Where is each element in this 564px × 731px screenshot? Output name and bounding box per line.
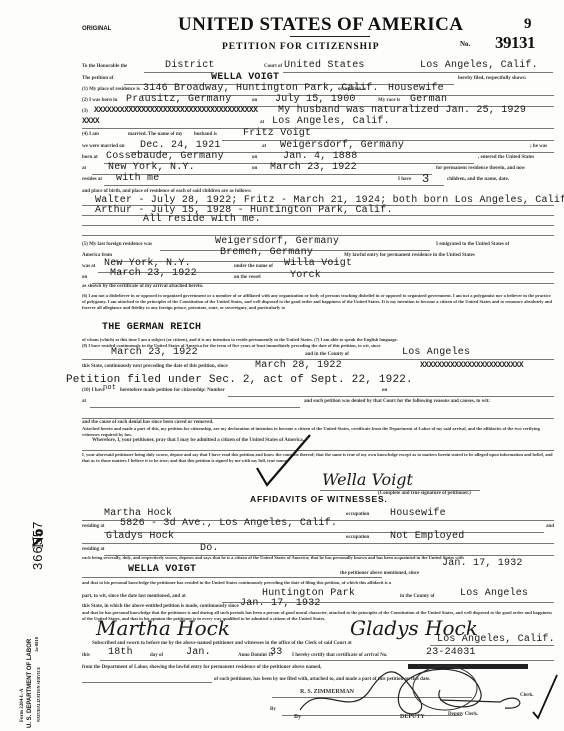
witness-2-residence: Do.: [200, 543, 219, 554]
petition-filed-note: Petition filed under Sec. 2, act of Sept…: [66, 374, 413, 386]
label: To the Honorable the: [82, 64, 127, 69]
label: Subscribed and sworn to before me by the…: [92, 641, 352, 646]
document-subtitle: PETITION FOR CITIZENSHIP: [222, 42, 380, 52]
label: occupation is: [338, 87, 366, 92]
affidavits-heading: AFFIDAVITS OF WITNESSES.: [250, 494, 388, 504]
witness-2-name: Gladys Hock: [106, 531, 174, 542]
label: Court of: [264, 64, 282, 69]
jurat-day: 18th: [108, 647, 133, 658]
original-label: ORIGINAL: [82, 26, 111, 32]
husband-residence: with me: [116, 173, 159, 184]
label: under the name of: [234, 264, 273, 269]
label: on: [382, 388, 387, 393]
witness-1-residence: 5826 - 3d Ave., Los Angeles, Calif.: [120, 518, 337, 529]
margin-edition: 1a-8818: [34, 637, 39, 652]
clerk-signature-icon: [290, 660, 540, 730]
margin-form-label: Form 2204-L-A: [20, 689, 25, 722]
label: hereby filed, respectfully shows:: [458, 76, 526, 81]
label: I hereby certify that certificate of arr…: [292, 653, 387, 658]
label: this State, continuously next preceding …: [82, 364, 228, 369]
court-name: United States: [284, 60, 365, 71]
label: at: [260, 120, 264, 125]
margin-department: U. S. DEPARTMENT OF LABOR: [27, 639, 33, 728]
witness-1-signature: Martha Hock: [96, 616, 230, 640]
struck-prefix: XXXX: [82, 117, 99, 126]
label: husband is: [194, 132, 217, 137]
checkmark-icon: [255, 430, 315, 490]
label: My race is: [378, 98, 400, 103]
husband-birthplace: Cossebaude, Germany: [106, 151, 224, 162]
affidavit-state-since: Jan. 17, 1932: [240, 598, 321, 609]
label: (4) I am: [82, 132, 99, 137]
label: at: [82, 166, 86, 171]
label: at: [82, 399, 86, 404]
label: (5) My last foreign residence was: [82, 242, 152, 247]
label: this State, in which the above-entitled …: [82, 604, 239, 609]
label: My lawful entry for permanent residence …: [344, 253, 475, 258]
county: Los Angeles: [402, 347, 470, 358]
label: day of: [150, 653, 163, 658]
petitioner-name: WELLA VOIGT: [211, 72, 279, 83]
petition-number: 39131: [495, 33, 535, 53]
label: , entered the United States: [478, 155, 534, 160]
known-since: Jan. 17, 1932: [442, 558, 523, 569]
label: and: [546, 524, 554, 529]
label: born at: [82, 155, 98, 160]
label: in the County of: [400, 594, 435, 599]
marriage-date: Dec. 24, 1921: [140, 140, 221, 151]
previous-petition: not: [103, 384, 116, 392]
margin-service: NATURALIZATION SERVICE: [36, 667, 41, 722]
label: and such petition was denied by that Cou…: [304, 399, 490, 404]
petitioner-signature: Wella Voigt: [322, 470, 413, 489]
birthplace: Prausitz, Germany: [126, 94, 231, 105]
state-since: March 28, 1922: [255, 360, 342, 371]
label: (1) My place of residence is: [82, 87, 140, 92]
label: occupation: [346, 512, 369, 517]
oath-paragraph: I, your aforesaid petitioner being duly …: [82, 452, 554, 464]
children-line-3: All reside with me.: [143, 214, 261, 225]
occupation: Housewife: [388, 83, 444, 94]
label: from the Department of Labor, showing th…: [82, 665, 321, 670]
birth-date: July 15, 1900: [275, 94, 356, 105]
number-label: No.: [460, 40, 470, 48]
label: children, and the name, date,: [447, 177, 509, 182]
label: ; he was: [530, 144, 547, 149]
label: occupation: [346, 535, 369, 540]
allegiance-paragraph: (6) I am not a disbeliever in or opposed…: [82, 293, 554, 311]
husband-name: Fritz Voigt: [243, 128, 311, 139]
label: at: [262, 144, 266, 149]
label: and the cause of such denial has since b…: [82, 420, 213, 425]
naturalized-at: Los Angeles, Calif.: [272, 116, 390, 127]
label: residing at: [82, 524, 105, 529]
last-foreign-residence: Weigersdorf, Germany: [215, 236, 339, 247]
label: we were married on: [82, 144, 125, 149]
page-number: 9: [524, 16, 532, 33]
knowledge-paragraph: and that to his personal knowledge the p…: [82, 580, 554, 586]
label: and in the County of: [305, 352, 349, 357]
margin-no-label: No: [30, 528, 48, 548]
label: I emigrated to the United States of: [436, 242, 509, 247]
court-type: District: [165, 60, 215, 71]
children-count: 3: [422, 172, 429, 186]
label: on: [252, 166, 257, 171]
title-underline: [290, 36, 370, 37]
label: for permanent residence therein, and now: [436, 166, 525, 171]
struck-text: XXXXXXXXXXXXXXXXXXXXXXXX: [420, 361, 523, 370]
struck-declaration: XXXXXXXXXXXXXXXXXXXXXXXXXXXXXXXXXXXXXX: [94, 106, 257, 115]
label: married. The name of my: [128, 132, 182, 137]
husband-entry-port: New York, N.Y.: [108, 162, 195, 173]
label: the petitioner above mentioned, since: [340, 571, 419, 576]
witness-1-occupation: Housewife: [390, 508, 446, 519]
label: part, to wit, since the date last mentio…: [82, 594, 186, 599]
label: (3): [82, 109, 88, 114]
attached-paragraph: Attached hereto and made a part of this,…: [82, 426, 554, 438]
jurat-year: 33: [270, 647, 282, 658]
entry-name: Willa Voigt: [284, 258, 352, 269]
label: I have: [398, 177, 411, 182]
affidavit-county: Los Angeles: [460, 588, 528, 599]
label: resides at: [82, 177, 102, 182]
label: The petition of: [82, 76, 113, 81]
label: By: [270, 707, 276, 712]
document-title: UNITED STATES OF AMERICA: [178, 14, 463, 36]
label: on: [252, 98, 257, 103]
husband-birth-date: Jan. 4, 1888: [283, 151, 357, 162]
sovereign: THE GERMAN REICH: [102, 322, 201, 333]
petition-document: ORIGINAL UNITED STATES OF AMERICA PETITI…: [0, 0, 564, 731]
witness-2-occupation: Not Employed: [390, 531, 464, 542]
marriage-place: Weigersdorf, Germany: [280, 140, 404, 151]
naturalization-note: My husband was naturalized Jan. 25, 1929: [278, 105, 526, 116]
checkmark-icon: [530, 670, 560, 720]
label: Anno Domini 19: [238, 653, 273, 658]
entry-date: March 23, 1922: [110, 268, 197, 279]
label: on: [252, 155, 257, 160]
husband-entry-date: March 23, 1922: [270, 162, 357, 173]
certificate-number: 23-24031: [426, 647, 476, 658]
residence-since: March 23, 1922: [111, 347, 198, 358]
emigrated-from: Bremen, Germany: [220, 247, 313, 258]
court-location: Los Angeles, Calif.: [420, 60, 538, 71]
label: heretofore made petition for citizenship…: [120, 388, 225, 393]
label: (2) I was born in: [82, 98, 117, 103]
label: on: [82, 275, 87, 280]
label: and place of birth, and place of residen…: [82, 189, 252, 194]
label: this: [82, 653, 90, 658]
race: German: [410, 94, 447, 105]
vessel-name: Yorck: [290, 270, 321, 281]
label: (Complete and true signature of petition…: [378, 491, 471, 496]
label: (10) I have: [82, 388, 105, 393]
jurat-month: Jan.: [186, 647, 211, 658]
witness-petitioner-name: WELLA VOIGT: [128, 564, 196, 575]
label: was at: [82, 264, 95, 269]
label: on the vessel: [234, 275, 261, 280]
jurat-place: Los Angeles, Calif.: [437, 634, 555, 645]
label: residing at: [82, 547, 105, 552]
label: as shown by the certificate of my arriva…: [82, 284, 203, 289]
